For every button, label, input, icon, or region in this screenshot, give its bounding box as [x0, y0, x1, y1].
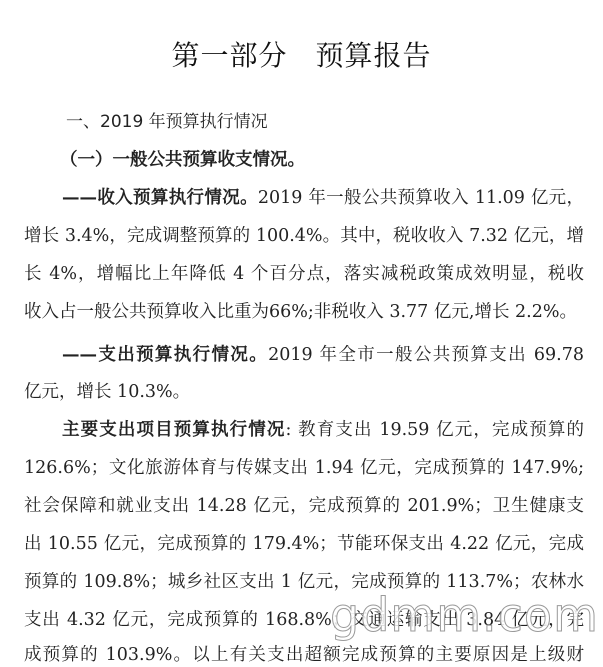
expense-paragraph-line-2: 亿元，增长 10.3%。 — [24, 381, 584, 403]
income-lead: ——收入预算执行情况。 — [62, 188, 258, 208]
main-items-text-1: : 教育支出 19.59 亿元，完成预算的 — [286, 420, 584, 440]
main-items-line-4: 出 10.55 亿元，完成预算的 179.4%；节能环保支出 4.22 亿元，完… — [24, 533, 584, 555]
title-part-1: 第一部分 — [171, 39, 287, 72]
title-part-2: 预算报告 — [316, 39, 432, 72]
income-paragraph-line-1: ——收入预算执行情况。2019 年一般公共预算收入 11.09 亿元， — [62, 187, 584, 209]
section-heading: 一、2019 年预算执行情况 — [66, 111, 603, 133]
income-paragraph-line-2: 增长 3.4%，完成调整预算的 100.4%。其中，税收收入 7.32 亿元，增 — [24, 225, 584, 247]
main-items-line-1: 主要支出项目预算执行情况: 教育支出 19.59 亿元，完成预算的 — [62, 419, 584, 441]
main-items-line-5: 预算的 109.8%；城乡社区支出 1 亿元，完成预算的 113.7%；农林水 — [24, 571, 584, 593]
income-text-1: 2019 年一般公共预算收入 11.09 亿元， — [258, 188, 584, 208]
expense-text-1: 2019 年全市一般公共预算支出 69.78 — [268, 345, 584, 365]
expense-paragraph-line-1: ——支出预算执行情况。2019 年全市一般公共预算支出 69.78 — [62, 344, 584, 366]
page-title: 第一部分预算报告 — [0, 34, 603, 74]
main-items-line-3: 社会保障和就业支出 14.28 亿元，完成预算的 201.9%；卫生健康支 — [24, 495, 584, 517]
main-items-lead: 主要支出项目预算执行情况 — [62, 420, 286, 440]
main-items-line-6: 支出 4.32 亿元，完成预算的 168.8%；交通运输支出 3.84 亿元，完 — [24, 609, 584, 631]
income-paragraph-line-3: 长 4%，增幅比上年降低 4 个百分点，落实减税政策成效明显，税收 — [24, 263, 584, 285]
main-items-line-2: 126.6%；文化旅游体育与传媒支出 1.94 亿元，完成预算的 147.9%; — [24, 457, 584, 479]
subsection-heading: （一）一般公共预算收支情况。 — [60, 149, 603, 171]
income-paragraph-line-4: 收入占一般公共预算收入比重为66%;非税收入 3.77 亿元,增长 2.2%。 — [24, 301, 584, 323]
main-items-line-7: 成预算的 103.9%。以上有关支出超额完成预算的主要原因是上级财 — [24, 644, 584, 666]
expense-lead: ——支出预算执行情况。 — [62, 345, 268, 365]
